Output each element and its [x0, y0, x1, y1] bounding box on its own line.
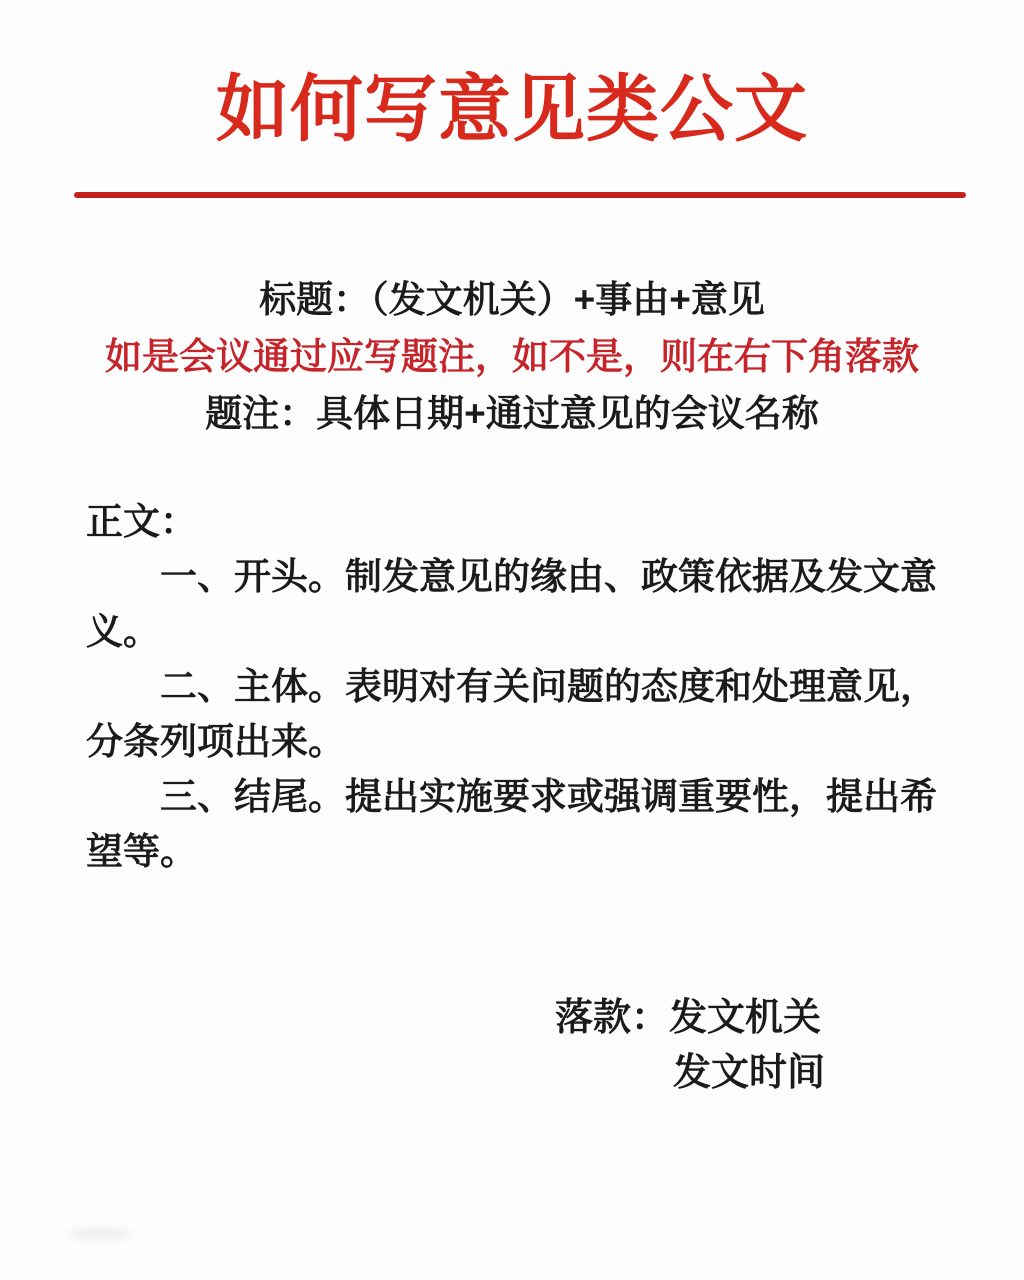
- document-page: 如何写意见类公文 标题：（发文机关）+事由+意见 如是会议通过应写题注，如不是，…: [0, 0, 1024, 1280]
- body-paragraph-main: 二、主体。表明对有关问题的态度和处理意见，分条列项出来。: [86, 659, 952, 769]
- signature-section: 落款：发文机关 发文时间: [555, 991, 825, 1101]
- note-format-line: 题注：具体日期+通过意见的会议名称: [0, 385, 1024, 442]
- body-paragraph-opening: 一、开头。制发意见的缘由、政策依据及发文意义。: [86, 549, 952, 659]
- title-format-line: 标题：（发文机关）+事由+意见: [0, 271, 1024, 328]
- page-title: 如何写意见类公文: [0, 68, 1024, 152]
- signature-agency-line: 落款：发文机关: [555, 991, 825, 1046]
- signature-date-line: 发文时间: [555, 1046, 825, 1101]
- body-label: 正文：: [86, 494, 952, 549]
- conditional-note-line: 如是会议通过应写题注，如不是，则在右下角落款: [0, 328, 1024, 385]
- title-divider-rule: [74, 192, 966, 198]
- body-paragraph-closing: 三、结尾。提出实施要求或强调重要性，提出希望等。: [86, 769, 952, 879]
- body-section: 正文： 一、开头。制发意见的缘由、政策依据及发文意义。 二、主体。表明对有关问题…: [86, 494, 952, 879]
- title-format-section: 标题：（发文机关）+事由+意见 如是会议通过应写题注，如不是，则在右下角落款 题…: [0, 271, 1024, 442]
- faint-watermark-smudge: [68, 1228, 132, 1240]
